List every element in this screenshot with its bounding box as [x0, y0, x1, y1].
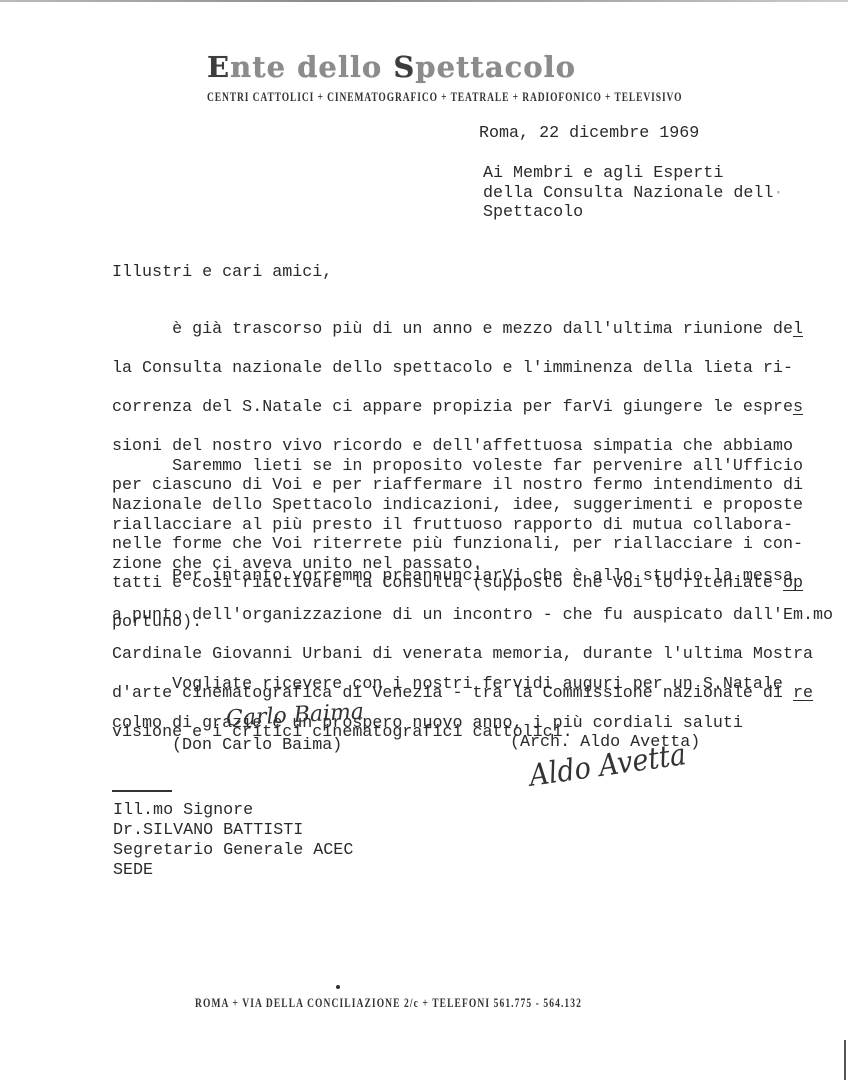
line-text: è già trascorso più di un anno e mezzo d…	[112, 320, 793, 339]
title-initial: E	[207, 50, 230, 84]
paragraph-line: la Consulta nazionale dello spettacolo e…	[112, 359, 803, 379]
paragraph-line: a punto dell'organizzazione di un incont…	[112, 606, 833, 626]
recipient-line-1: Ill.mo Signore	[113, 801, 253, 821]
paragraph-line: Per intanto vorremmo preannunciarVi che …	[112, 567, 833, 587]
addressee-line-2-text: della Consulta Nazionale dell	[483, 184, 773, 203]
paragraph-line: correnza del S.Natale ci appare propizia…	[112, 398, 803, 418]
typed-name-baima: (Don Carlo Baima)	[172, 736, 342, 756]
page-right-edge	[844, 1040, 846, 1080]
paragraph-line: Vogliate ricevere con i nostri fervidi a…	[112, 675, 783, 695]
underlined-text: re	[793, 684, 813, 703]
letterhead-subtitle: CENTRI CATTOLICI + CINEMATOGRAFICO + TEA…	[207, 92, 682, 105]
divider-rule	[112, 790, 172, 792]
date-line: Roma, 22 dicembre 1969	[479, 124, 699, 144]
paragraph-line: è già trascorso più di un anno e mezzo d…	[112, 320, 803, 340]
title-part-1: nte dello	[230, 50, 393, 84]
underlined-text: l	[793, 320, 803, 339]
addressee-line-1: Ai Membri e agli Esperti	[483, 164, 723, 184]
letterhead-footer: ROMA + VIA DELLA CONCILIAZIONE 2/c + TEL…	[195, 998, 582, 1011]
page-top-edge	[0, 0, 848, 2]
paragraph-line: Saremmo lieti se in proposito voleste fa…	[112, 457, 803, 477]
salutation: Illustri e cari amici,	[112, 263, 332, 283]
paragraph-line: Nazionale dello Spettacolo indicazioni, …	[112, 496, 803, 516]
addressee-line-2: della Consulta Nazionale dell·	[483, 184, 783, 204]
faded-text: ·	[773, 184, 783, 203]
recipient-line-4: SEDE	[113, 861, 153, 881]
underlined-text: s	[793, 398, 803, 417]
recipient-line-3: Segretario Generale ACEC	[113, 841, 353, 861]
ink-dot	[336, 985, 340, 989]
addressee-line-3: Spettacolo	[483, 203, 583, 223]
recipient-line-2: Dr.SILVANO BATTISTI	[113, 821, 303, 841]
paragraph-line: colmo di grazie e un prospero nuovo anno…	[112, 714, 783, 734]
letterhead-title: Ente dello Spettacolo	[207, 50, 576, 84]
line-text: correnza del S.Natale ci appare propizia…	[112, 398, 793, 417]
title-s-initial: S	[393, 50, 415, 84]
title-part-2: pettacolo	[415, 50, 576, 84]
